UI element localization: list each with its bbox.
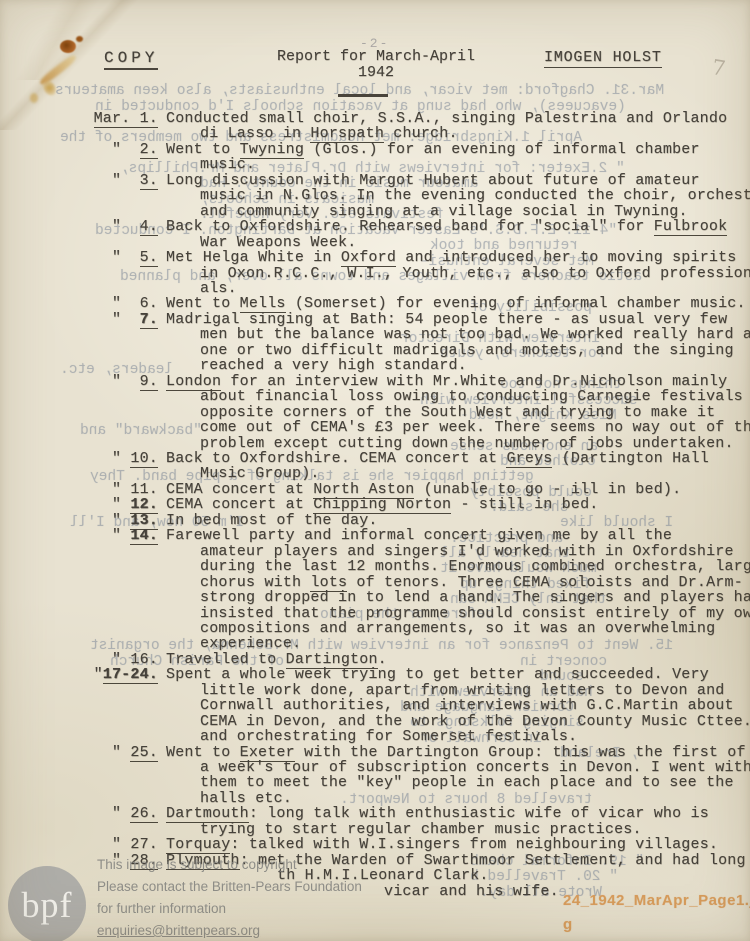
entry-date-label: " 27. (0, 837, 158, 852)
entry-line: Farewell party and informal concert give… (166, 528, 750, 543)
entry-date-label: " 13. (0, 513, 158, 528)
entry-line: insisted that the programme should consi… (200, 606, 750, 621)
entry-line: Travelled to Dartington. (166, 652, 750, 667)
entry-date-label: " 16. (0, 652, 158, 667)
entry-body: Travelled to Dartington. (166, 652, 750, 667)
entry-line: Torquay: talked with W.I.singers from ne… (166, 837, 750, 852)
rust-stain (76, 36, 83, 42)
copyright-email: enquiries@brittenpears.org (97, 920, 362, 941)
entry-line: Went to Exeter with the Dartington Group… (166, 745, 750, 760)
entry-line: a week's tour of subscription concerts i… (200, 760, 750, 775)
entry-date-label: " 6. (0, 296, 158, 311)
title-underline-mark (338, 94, 388, 97)
report-entry: Mar. 1.Conducted small choir, S.S.A., si… (0, 111, 750, 142)
entry-body: Went to Exeter with the Dartington Group… (166, 745, 750, 807)
entry-line: Went to Mells (Somerset) for evening of … (166, 296, 750, 311)
entry-line: CEMA in Devon, and the work of the Devon… (200, 714, 750, 729)
report-entry: " 10.Back to Oxfordshire. CEMA concert a… (0, 451, 750, 482)
entry-body: Back to Oxfordshire. Rehearsed band for … (166, 219, 750, 250)
entry-date-label: " 14. (0, 528, 158, 543)
entry-body: Spent a whole week trying to get better … (166, 667, 750, 744)
entry-line: Cornwall authorities, and interviews wit… (200, 698, 750, 713)
rust-stain (41, 78, 59, 97)
report-entry: " 25.Went to Exeter with the Dartington … (0, 745, 750, 807)
entry-line: about financial loss owing to conducting… (200, 389, 750, 404)
entry-line: CEMA concert at North Aston (unable to g… (166, 482, 750, 497)
report-entry: "17-24.Spent a whole week trying to get … (0, 667, 750, 744)
entry-line: Conducted small choir, S.S.A., singing P… (166, 111, 750, 126)
report-title-year: 1942 (258, 65, 494, 81)
entry-date-label: " 12. (0, 497, 158, 512)
entry-date-label: " 5. (0, 250, 158, 265)
filename-line: g (563, 913, 750, 937)
entry-body: Dartmouth: long talk with enthusiastic w… (166, 806, 750, 837)
entry-line: opposite corners of the South West and t… (200, 405, 750, 420)
entry-date-label: " 7. (0, 312, 158, 327)
report-entry: " 14.Farewell party and informal concert… (0, 528, 750, 652)
entry-body: Went to Twyning (Glos.) for an evening o… (166, 142, 750, 173)
entry-body: Conducted small choir, S.S.A., singing P… (166, 111, 750, 142)
entry-line: amateur players and singers I'd worked w… (200, 544, 750, 559)
copyright-line: for further information (97, 898, 362, 920)
entry-body: Madrigal singing at Bath: 54 people ther… (166, 312, 750, 374)
entry-date-label: " 28. (0, 853, 158, 868)
entry-line: als. (200, 281, 750, 296)
entry-line: th H.M.I.Leonard Clark. (277, 868, 750, 883)
entry-line: trying to start regular chamber music pr… (200, 822, 750, 837)
entry-line: War Weapons Week. (200, 235, 750, 250)
rust-stain (30, 93, 38, 103)
entry-line: di Lasso in Horspath church. (200, 126, 750, 141)
entry-body: Farewell party and informal concert give… (166, 528, 750, 652)
entry-body: CEMA concert at Chipping Norton - still … (166, 497, 750, 512)
entry-date-label: " 2. (0, 142, 158, 157)
entry-line: Long discussion with Margot Hubert about… (166, 173, 750, 188)
entry-line: Back to Oxfordshire. CEMA concert at Gre… (166, 451, 750, 466)
rust-stain (60, 40, 76, 53)
report-entry: " 4.Back to Oxfordshire. Rehearsed band … (0, 219, 750, 250)
entry-line: Back to Oxfordshire. Rehearsed band for … (166, 219, 750, 234)
copy-label: COPY (104, 49, 158, 70)
entry-line: in Oxon.R.C.C., W.I., Youth, etc., also … (200, 266, 750, 281)
entry-line: problem except cutting down the number o… (200, 436, 750, 451)
entry-line: during the last 12 months. Enormous comb… (200, 559, 750, 574)
entry-body: Back to Oxfordshire. CEMA concert at Gre… (166, 451, 750, 482)
report-entry: " 9.London for an interview with Mr.Whit… (0, 374, 750, 451)
entry-line: and orchestrating for Somerset festivals… (200, 729, 750, 744)
entry-line: and community singing at a village socia… (200, 204, 750, 219)
report-entry: " 13.In bed most of the day. (0, 513, 750, 528)
report-entry: " 2.Went to Twyning (Glos.) for an eveni… (0, 142, 750, 173)
entry-line: one or two difficult madrigals and motet… (200, 343, 750, 358)
entry-date-label: " 9. (0, 374, 158, 389)
report-title: Report for March-April 1942 (258, 49, 494, 81)
entry-date-label: " 26. (0, 806, 158, 821)
report-entry: " 7.Madrigal singing at Bath: 54 people … (0, 312, 750, 374)
entry-date-label: " 4. (0, 219, 158, 234)
entry-line: experience. (200, 636, 750, 651)
entry-line: halls etc. (200, 791, 750, 806)
entry-line: music. (200, 157, 750, 172)
report-entry: " 6.Went to Mells (Somerset) for evening… (0, 296, 750, 311)
entry-body: London for an interview with Mr.White an… (166, 374, 750, 451)
report-entry: " 3.Long discussion with Margot Hubert a… (0, 173, 750, 219)
scanned-report-page: 7 Mar.31. Chagford: met vicar, and local… (0, 0, 750, 941)
report-title-line1: Report for March-April (258, 49, 494, 65)
entry-date-label: "17-24. (0, 667, 158, 682)
entry-line: men but the balance was not too bad. We … (200, 327, 750, 342)
entry-body: CEMA concert at North Aston (unable to g… (166, 482, 750, 497)
entry-line: them to meet the "key" people in each pl… (200, 775, 750, 790)
entry-line: come out of CEMA's £3 per week. There se… (200, 420, 750, 435)
entry-line: London for an interview with Mr.White an… (166, 374, 750, 389)
entry-line: Music Group). (200, 466, 750, 481)
entry-line: Madrigal singing at Bath: 54 people ther… (166, 312, 750, 327)
entry-date-label: " 11. (0, 482, 158, 497)
entry-body: Went to Mells (Somerset) for evening of … (166, 296, 750, 311)
filename-overlay: 24_1942_MarApr_Page1.jp g (563, 889, 750, 937)
report-entry: " 11.CEMA concert at North Aston (unable… (0, 482, 750, 497)
entries-list: Mar. 1.Conducted small choir, S.S.A., si… (0, 111, 750, 899)
entry-body: Long discussion with Margot Hubert about… (166, 173, 750, 219)
entry-line: CEMA concert at Chipping Norton - still … (166, 497, 750, 512)
entry-date-label: " 25. (0, 745, 158, 760)
entry-line: Went to Twyning (Glos.) for an evening o… (166, 142, 750, 157)
entry-body: In bed most of the day. (166, 513, 750, 528)
entry-line: music in N.Glos. In the evening conducte… (200, 188, 750, 203)
entry-body: Torquay: talked with W.I.singers from ne… (166, 837, 750, 852)
report-entry: " 26.Dartmouth: long talk with enthusias… (0, 806, 750, 837)
entry-line: Dartmouth: long talk with enthusiastic w… (166, 806, 750, 821)
entry-line: chorus with lots of tenors. Three CEMA s… (200, 575, 750, 590)
entry-date-label: Mar. 1. (0, 111, 158, 126)
report-entry: " 27.Torquay: talked with W.I.singers fr… (0, 837, 750, 852)
report-entry: " 16.Travelled to Dartington. (0, 652, 750, 667)
entry-date-label: " 10. (0, 451, 158, 466)
filename-line: 24_1942_MarApr_Page1.jp (563, 889, 750, 913)
entry-line: little work done, apart from writing let… (200, 683, 750, 698)
rust-stain (38, 53, 78, 86)
report-entry: " 5.Met Helga White in Oxford and introd… (0, 250, 750, 296)
entry-line: reached a very high standard. (200, 358, 750, 373)
entry-line: strong dropped in to lend a hand. The si… (200, 590, 750, 605)
pencil-mark: 7 (710, 55, 727, 81)
entry-line: In bed most of the day. (166, 513, 750, 528)
entry-body: Met Helga White in Oxford and introduced… (166, 250, 750, 296)
entry-line: Met Helga White in Oxford and introduced… (166, 250, 750, 265)
report-entry: " 12.CEMA concert at Chipping Norton - s… (0, 497, 750, 512)
author-name: IMOGEN HOLST (544, 49, 662, 68)
entry-date-label: " 3. (0, 173, 158, 188)
entry-line: Plymouth: met the Warden of Swarthmoor S… (166, 853, 750, 868)
entry-line: Spent a whole week trying to get better … (166, 667, 750, 682)
entry-line: compositions and arrangements, so it was… (200, 621, 750, 636)
